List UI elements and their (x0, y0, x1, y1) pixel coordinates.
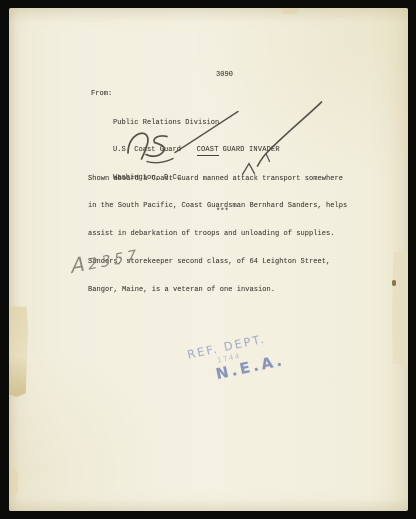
caption-line: Bangor, Maine, is a veteran of one invas… (88, 286, 347, 295)
scanned-photo-back: 3090 From: Public Relations Division U.S… (0, 0, 416, 519)
caption-title-underlined-word: COAST (197, 146, 219, 156)
caption-line: assist in debarkation of troops and unlo… (88, 230, 347, 239)
caption-title-rest: GUARD INVADER (223, 146, 280, 154)
photo-number: 3090 (216, 71, 233, 80)
caption-body: Shown aboard a Coast Guard manned attack… (88, 156, 347, 314)
caption-end-mark: *** (216, 208, 229, 217)
from-label: From: (91, 90, 112, 99)
from-line-division: Public Relations Division (113, 119, 219, 128)
caption-line: Shown aboard a Coast Guard manned attack… (88, 175, 347, 184)
